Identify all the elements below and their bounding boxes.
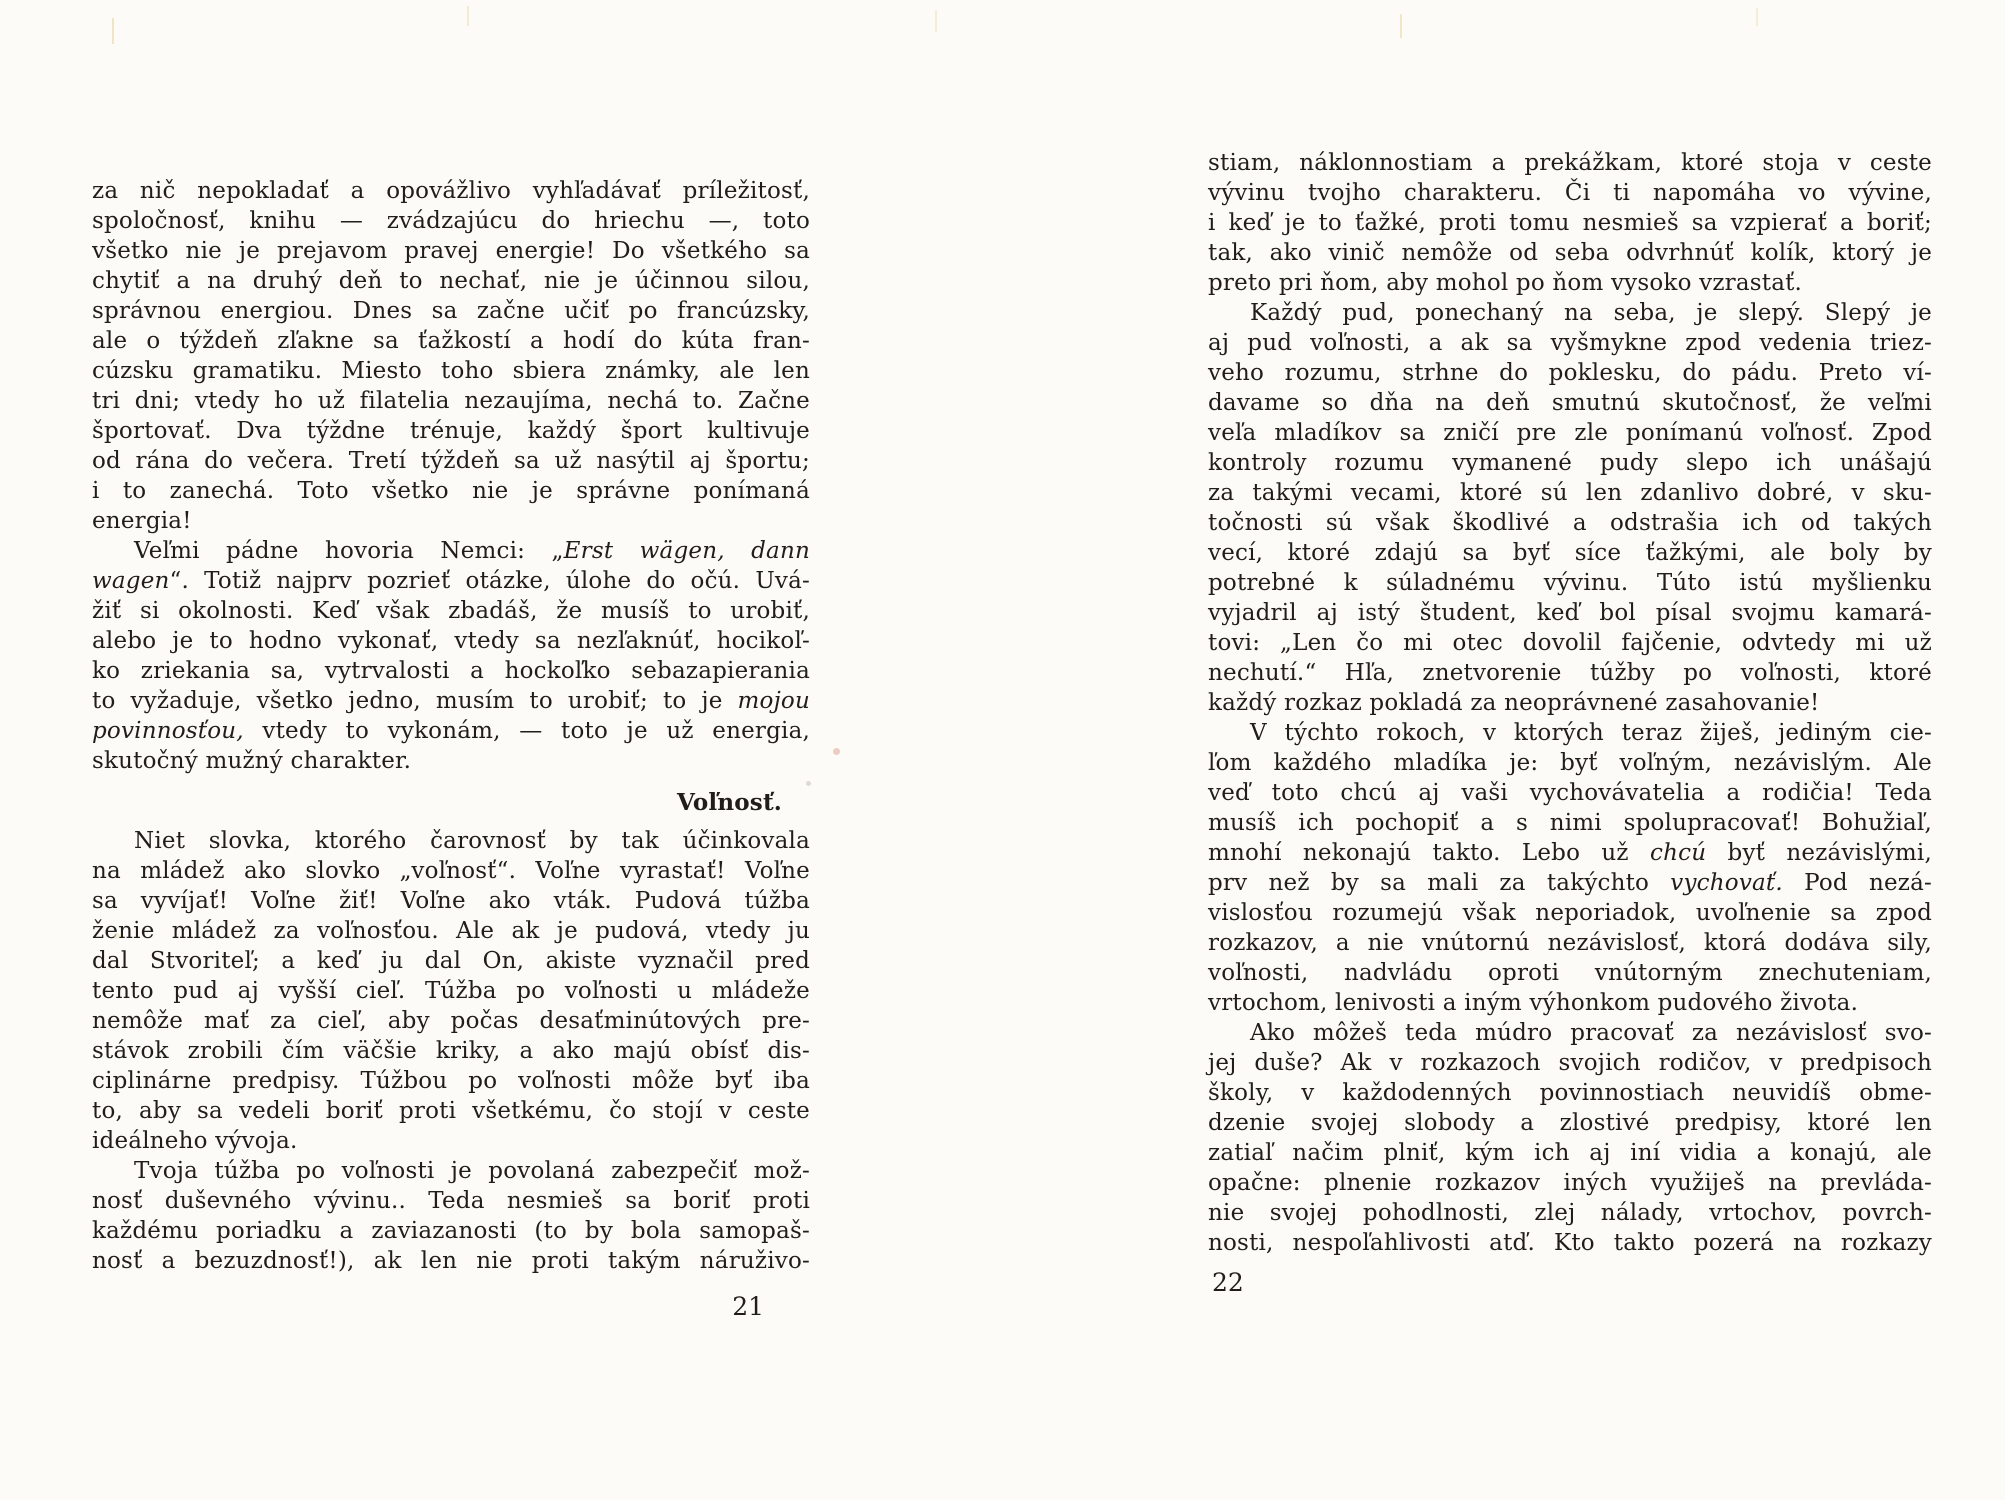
scan-speck [935,10,937,32]
text-line: energia! [92,506,810,536]
text-line: nechutí.“ Hľa, znetvorenie túžby po voľn… [1208,658,1932,688]
text-line: nosť a bezuzdnosť!), ak len nie proti ta… [92,1246,810,1276]
text-line: i to zanechá. Toto všetko nie je správne… [92,476,810,506]
text-line: povinnosťou, vtedy to vykonám, — toto je… [92,716,810,746]
text-line: ľom každého mladíka je: byť voľným, nezá… [1208,748,1932,778]
paragraph: stiam, náklonnostiam a prekážkam, ktoré … [1208,148,1932,298]
text-line: voľnosti, nadvládu oproti vnútorným znec… [1208,958,1932,988]
text-line: tovi: „Len čo mi otec dovolil fajčenie, … [1208,628,1932,658]
paragraph: Ako môžeš teda múdro pracovať za nezávis… [1208,1018,1932,1258]
text-line: nosti, nespoľahlivosti atď. Kto takto po… [1208,1228,1932,1258]
text-line: vislosťou rozumejú však neporiadok, uvoľ… [1208,898,1932,928]
text-line: preto pri ňom, aby mohol po ňom vysoko v… [1208,268,1932,298]
text-line: veď toto chcú aj vaši vychovávatelia a r… [1208,778,1932,808]
text-line: točnosti sú však škodlivé a odstrašia ic… [1208,508,1932,538]
text-line: spoločnosť, knihu — zvádzajúcu do hriech… [92,206,810,236]
text-line: za takými vecami, ktoré sú len zdanlivo … [1208,478,1932,508]
scan-speck [1400,14,1402,38]
text-line: wagen“. Totiž najprv pozrieť otázke, úlo… [92,566,810,596]
text-line: V týchto rokoch, v ktorých teraz žiješ, … [1208,718,1932,748]
text-line: to, aby sa vedeli boriť proti všetkému, … [92,1096,810,1126]
scan-speck [112,18,114,44]
text-line: chytiť a na druhý deň to nechať, nie je … [92,266,810,296]
paragraph: za nič nepokladať a opovážlivo vyhľadáva… [92,176,810,536]
text-line: dzenie svojej slobody a zlostivé predpis… [1208,1108,1932,1138]
text-line: správnou energiou. Dnes sa začne učiť po… [92,296,810,326]
text-line: mnohí nekonajú takto. Lebo už chcú byť n… [1208,838,1932,868]
text-line: všetko nie je prejavom pravej energie! D… [92,236,810,266]
text-line: jej duše? Ak v rozkazoch svojich rodičov… [1208,1048,1932,1078]
text-line: nie svojej pohodlnosti, zlej nálady, vrt… [1208,1198,1932,1228]
page-22-text-column: stiam, náklonnostiam a prekážkam, ktoré … [1208,148,1932,1258]
section-heading: Voľnosť. [92,788,810,818]
text-line: i keď je to ťažké, proti tomu nesmieš sa… [1208,208,1932,238]
text-line: za nič nepokladať a opovážlivo vyhľadáva… [92,176,810,206]
scan-speck [1756,8,1758,26]
text-line: tri dni; vtedy ho už filatelia nezaujíma… [92,386,810,416]
text-line: skutočný mužný charakter. [92,746,810,776]
text-line: Tvoja túžba po voľnosti je povolaná zabe… [92,1156,810,1186]
paragraph: Tvoja túžba po voľnosti je povolaná zabe… [92,1156,810,1276]
text-line: stiam, náklonnostiam a prekážkam, ktoré … [1208,148,1932,178]
text-line: od rána do večera. Tretí týždeň sa už na… [92,446,810,476]
text-line: sa vyvíjať! Voľne žiť! Voľne ako vták. P… [92,886,810,916]
text-line: potrebné k súladnému vývinu. Túto istú m… [1208,568,1932,598]
text-line: prv než by sa mali za takýchto vychovať.… [1208,868,1932,898]
text-line: davame so dňa na deň smutnú skutočnosť, … [1208,388,1932,418]
text-line: ko zriekania sa, vytrvalosti a hockoľko … [92,656,810,686]
text-line: vývinu tvojho charakteru. Či ti napomáha… [1208,178,1932,208]
text-line: Niet slovka, ktorého čarovnosť by tak úč… [92,826,810,856]
text-line: na mládež ako slovko „voľnosť“. Voľne vy… [92,856,810,886]
text-line: žiť si okolnosti. Keď však zbadáš, že mu… [92,596,810,626]
page-number-21: 21 [92,1292,810,1322]
text-line: nosť duševného vývinu.. Teda nesmieš sa … [92,1186,810,1216]
text-line: zatiaľ načim plniť, kým ich aj iní vidia… [1208,1138,1932,1168]
text-line: kontroly rozumu vymanené pudy slepo ich … [1208,448,1932,478]
paragraph: Každý pud, ponechaný na seba, je slepý. … [1208,298,1932,718]
text-line: veho rozumu, strhne do poklesku, do pádu… [1208,358,1932,388]
text-line: aj pud voľnosti, a ak sa vyšmykne zpod v… [1208,328,1932,358]
text-line: každému poriadku a zaviazanosti (to by b… [92,1216,810,1246]
page-number-22: 22 [1212,1268,1244,1298]
text-line: rozkazov, a nie vnútornú nezávislosť, kt… [1208,928,1932,958]
text-line: cúzsku gramatiku. Miesto toho sbiera zná… [92,356,810,386]
text-line: Ako môžeš teda múdro pracovať za nezávis… [1208,1018,1932,1048]
scan-speck [833,748,840,755]
text-line: športovať. Dva týždne trénuje, každý špo… [92,416,810,446]
text-line: vyjadril aj istý študent, keď bol písal … [1208,598,1932,628]
scan-speck [467,6,469,26]
text-line: vrtochom, lenivosti a iným výhonkom pudo… [1208,988,1932,1018]
text-line: ženie mládež za voľnosťou. Ale ak je pud… [92,916,810,946]
text-line: ale o týždeň zľakne sa ťažkostí a hodí d… [92,326,810,356]
text-line: školy, v každodenných povinnostiach neuv… [1208,1078,1932,1108]
text-line: Každý pud, ponechaný na seba, je slepý. … [1208,298,1932,328]
text-line: opačne: plnenie rozkazov iných využiješ … [1208,1168,1932,1198]
text-line: to vyžaduje, všetko jedno, musím to urob… [92,686,810,716]
text-line: veľa mladíkov sa zničí pre zle ponímanú … [1208,418,1932,448]
paragraph: V týchto rokoch, v ktorých teraz žiješ, … [1208,718,1932,1018]
paragraph: Veľmi pádne hovoria Nemci: „Erst wägen, … [92,536,810,776]
text-line: ciplinárne predpisy. Túžbou po voľnosti … [92,1066,810,1096]
text-line: stávok zrobili čím väčšie kriky, a ako m… [92,1036,810,1066]
text-line: vecí, ktoré zdajú sa byť síce ťažkými, a… [1208,538,1932,568]
text-line: alebo je to hodno vykonať, vtedy sa nezľ… [92,626,810,656]
text-line: tento pud aj vyšší cieľ. Túžba po voľnos… [92,976,810,1006]
paragraph: Niet slovka, ktorého čarovnosť by tak úč… [92,826,810,1156]
page-spread: za nič nepokladať a opovážlivo vyhľadáva… [0,0,2005,1500]
text-line: tak, ako vinič nemôže od seba odvrhnúť k… [1208,238,1932,268]
text-line: dal Stvoriteľ; a keď ju dal On, akiste v… [92,946,810,976]
text-line: Veľmi pádne hovoria Nemci: „Erst wägen, … [92,536,810,566]
text-line: ideálneho vývoja. [92,1126,810,1156]
text-line: nemôže mať za cieľ, aby počas desaťminút… [92,1006,810,1036]
text-line: každý rozkaz pokladá za neoprávnené zasa… [1208,688,1932,718]
page-21-text-column: za nič nepokladať a opovážlivo vyhľadáva… [92,176,810,1276]
text-line: musíš ich pochopiť a s nimi spolupracova… [1208,808,1932,838]
